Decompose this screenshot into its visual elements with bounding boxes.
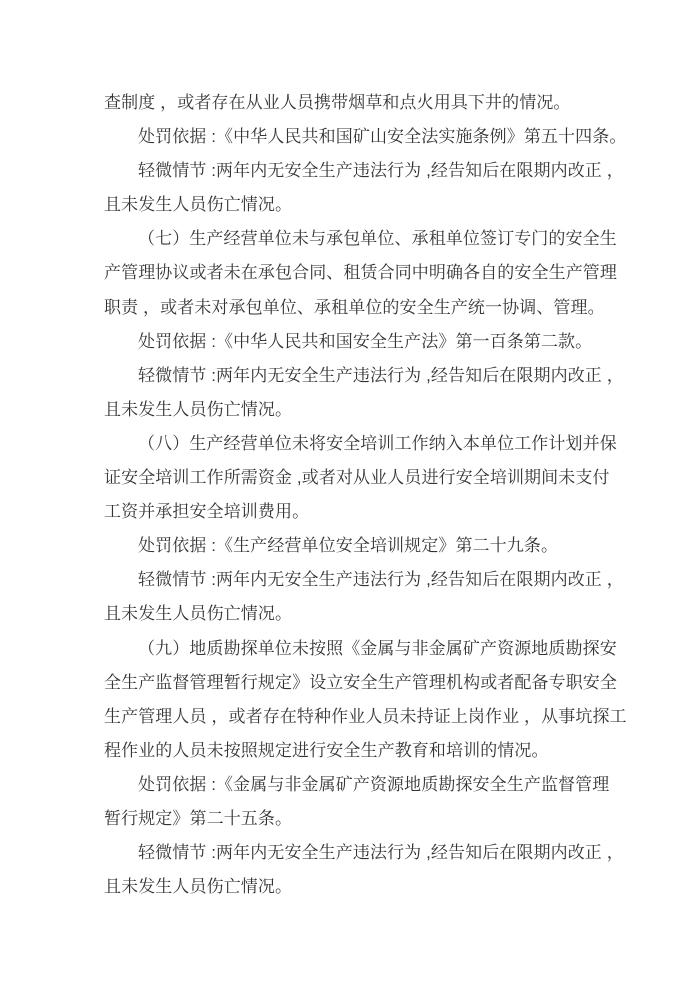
text-line: 查制度 ，或者存在从业人员携带烟草和点火用具下井的情况。 <box>104 86 630 120</box>
text-line: 产管理协议或者未在承包合同、租赁合同中明确各自的安全生产管理 <box>104 256 630 290</box>
text-line: 处罚依据 :《中华人民共和国矿山安全法实施条例》第五十四条。 <box>104 120 630 154</box>
text-line: 职责 ，或者未对承包单位、承租单位的安全生产统一协调、管理。 <box>104 291 630 325</box>
text-line: 处罚依据 :《生产经营单位安全培训规定》第二十九条。 <box>104 529 630 563</box>
text-line: 且未发生人员伤亡情况。 <box>104 597 630 631</box>
text-line: 处罚依据 :《金属与非金属矿产资源地质勘探安全生产监督管理 <box>104 768 630 802</box>
text-line: 证安全培训工作所需资金 ,或者对从业人员进行安全培训期间未支付 <box>104 461 630 495</box>
text-line: 轻微情节 :两年内无安全生产违法行为 ,经告知后在限期内改正 ， <box>104 359 630 393</box>
text-line: （九）地质勘探单位未按照《金属与非金属矿产资源地质勘探安 <box>104 632 630 666</box>
text-line: （七）生产经营单位未与承包单位、承租单位签订专门的安全生 <box>104 222 630 256</box>
text-line: 工资并承担安全培训费用。 <box>104 495 630 529</box>
text-line: 且未发生人员伤亡情况。 <box>104 188 630 222</box>
text-line: 暂行规定》第二十五条。 <box>104 802 630 836</box>
text-line: 轻微情节 :两年内无安全生产违法行为 ,经告知后在限期内改正 ， <box>104 154 630 188</box>
text-line: 且未发生人员伤亡情况。 <box>104 393 630 427</box>
text-line: （八）生产经营单位未将安全培训工作纳入本单位工作计划并保 <box>104 427 630 461</box>
text-line: 且未发生人员伤亡情况。 <box>104 870 630 904</box>
text-line: 程作业的人员未按照规定进行安全生产教育和培训的情况。 <box>104 734 630 768</box>
text-line: 轻微情节 :两年内无安全生产违法行为 ,经告知后在限期内改正 ， <box>104 836 630 870</box>
text-line: 生产管理人员 ，或者存在特种作业人员未持证上岗作业 ，从事坑探工 <box>104 700 630 734</box>
text-line: 轻微情节 :两年内无安全生产违法行为 ,经告知后在限期内改正 ， <box>104 563 630 597</box>
text-line: 处罚依据 :《中华人民共和国安全生产法》第一百条第二款。 <box>104 325 630 359</box>
text-line: 全生产监督管理暂行规定》设立安全生产管理机构或者配备专职安全 <box>104 666 630 700</box>
document-page: 查制度 ，或者存在从业人员携带烟草和点火用具下井的情况。处罚依据 :《中华人民共… <box>0 0 700 990</box>
text-block: 查制度 ，或者存在从业人员携带烟草和点火用具下井的情况。处罚依据 :《中华人民共… <box>104 86 630 904</box>
